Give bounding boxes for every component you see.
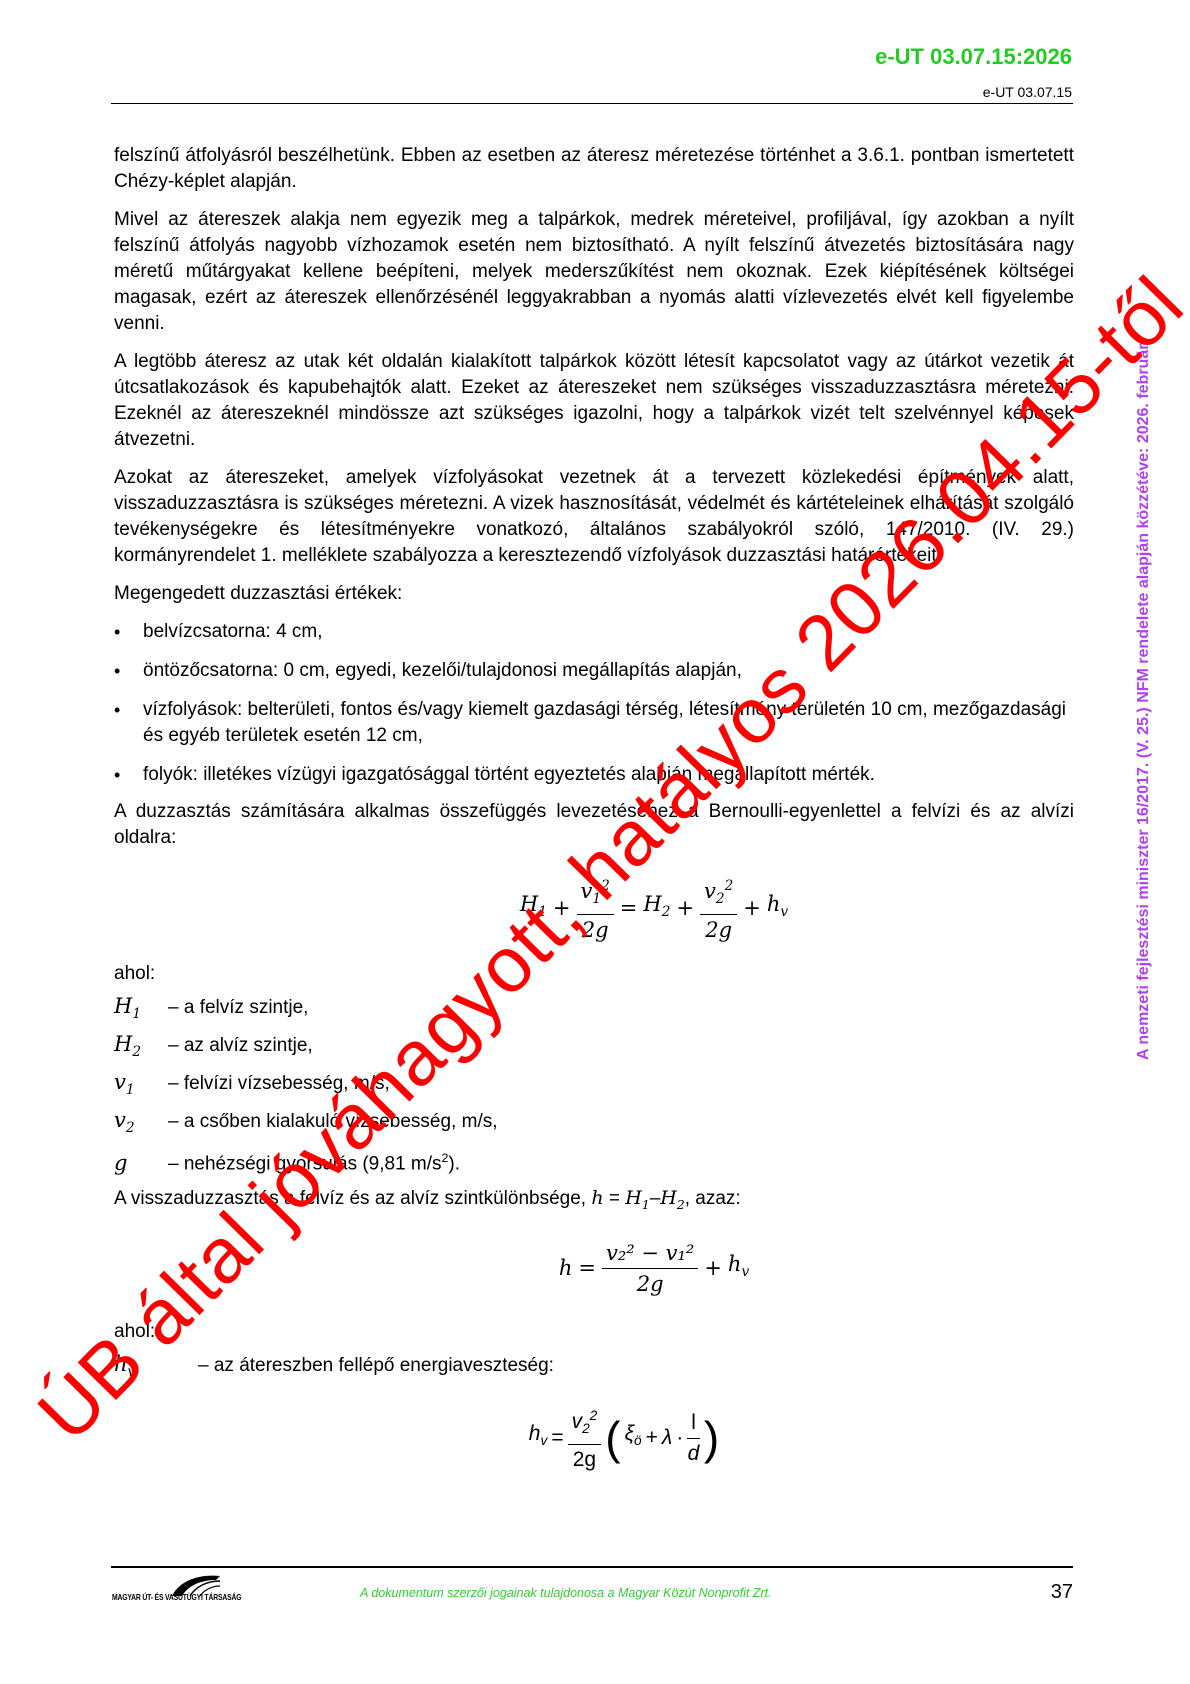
document-code: e-UT 03.07.15:2026 — [875, 44, 1072, 70]
paragraph: felszínű átfolyásról beszélhetünk. Ebben… — [114, 143, 1074, 195]
definition-row: v1 – felvízi vízsebesség, m/s, — [114, 1069, 1074, 1107]
list-item: belvízcsatorna: 4 cm, — [114, 619, 1074, 645]
list-item: öntözőcsatorna: 0 cm, egyedi, kezelői/tu… — [114, 658, 1074, 684]
fraction: v22 2g — [568, 1403, 602, 1473]
paragraph: Mivel az átereszek alakja nem egyezik me… — [114, 207, 1074, 337]
where-label: ahol: — [114, 1319, 1074, 1345]
bernoulli-formula: H1 + v12 2g = H2 + v22 2g + hv — [234, 873, 1074, 943]
fraction: v₂² − v₁² 2g — [602, 1240, 698, 1297]
page-number: 37 — [1051, 1581, 1073, 1604]
energy-loss-formula: hv = v22 2g ( ξö + λ· l d ) — [174, 1403, 1074, 1473]
list-item: vízfolyások: belterületi, fontos és/vagy… — [114, 697, 1074, 749]
logo-text: MAGYAR ÚT- ÉS VASÚTÜGYI TÁRSASÁG — [112, 1592, 241, 1602]
definition-row: H1 – a felvíz szintje, — [114, 993, 1074, 1031]
fraction: l d — [687, 1410, 700, 1467]
copyright-notice: A dokumentum szerzői jogainak tulajdonos… — [360, 1586, 772, 1600]
organization-logo: MAGYAR ÚT- ÉS VASÚTÜGYI TÁRSASÁG — [112, 1570, 262, 1610]
header-rule — [111, 103, 1073, 104]
definition-row: H2 – az alvíz szintje, — [114, 1031, 1074, 1069]
bullet-list: belvízcsatorna: 4 cm, öntözőcsatorna: 0 … — [114, 619, 1074, 788]
list-item: folyók: illetékes vízügyi igazgatósággal… — [114, 762, 1074, 788]
where-label: ahol: — [114, 961, 1074, 987]
backwater-formula: h = v₂² − v₁² 2g + hv — [234, 1240, 1074, 1297]
document-code-short: e-UT 03.07.15 — [983, 84, 1072, 100]
footer-rule — [111, 1566, 1073, 1568]
paragraph: A legtöbb áteresz az utak két oldalán ki… — [114, 349, 1074, 453]
publication-side-note: A nemzeti fejlesztési miniszter 16/2017.… — [1135, 344, 1153, 1060]
definition-row: hv – az átereszben fellépő energiaveszte… — [114, 1351, 1074, 1389]
fraction: v22 2g — [700, 873, 737, 943]
document-page: e-UT 03.07.15:2026 e-UT 03.07.15 felszín… — [0, 0, 1190, 1684]
definition-row: v2 – a csőben kialakuló vízsebesség, m/s… — [114, 1107, 1074, 1145]
